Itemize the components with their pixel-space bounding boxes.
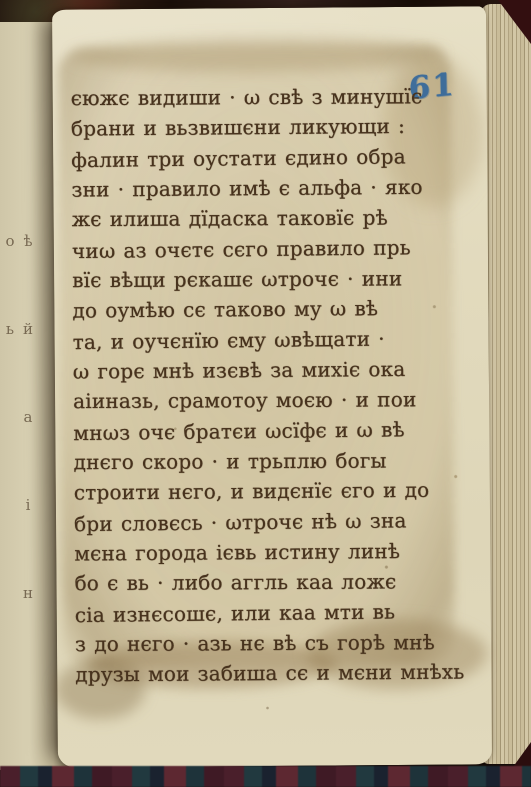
manuscript-line: строити нєго, и видєнїє єго и до bbox=[74, 475, 430, 508]
manuscript-line: бо є вь · либо аггль каа ложє bbox=[74, 566, 396, 598]
manuscript-line: брани и вьзвишєни ликующи : bbox=[71, 111, 405, 144]
manuscript-line: з до нєго · азь нє вѣ съ горѣ мнѣ bbox=[75, 627, 435, 659]
manuscript-line: бри словєсь · ωтрочє нѣ ω зна bbox=[74, 505, 407, 539]
manuscript-line: мнωз очє братєи ωсїфє и ω вѣ bbox=[73, 414, 405, 448]
manuscript-line: єюжє видиши · ω свѣ з минушїє bbox=[71, 81, 423, 113]
manuscript-line: жє илиша дїдаска таковїє рѣ bbox=[72, 202, 388, 234]
manuscript-line: ω горє мнѣ изєвѣ за михіє ока bbox=[73, 354, 406, 387]
manuscript-line: вїє вѣщи рєкашє ωтрочє · ини bbox=[72, 263, 402, 295]
manuscript-line: друзы мои забиша сє и мєни мнѣхь bbox=[75, 656, 464, 689]
facing-page-letter-fragments: ѣ й а і н о ь bbox=[1, 232, 37, 702]
manuscript-line: та, и оучєнїю єму ωвѣщати · bbox=[72, 324, 384, 358]
manuscript-page: 61 єюжє видиши · ω свѣ з минушїє брани и… bbox=[52, 6, 492, 767]
manuscript-line: фалин три оустати єдино обра bbox=[71, 141, 406, 175]
manuscript-line: чиω аз очєтє сєго правило прь bbox=[72, 232, 411, 266]
manuscript-line: днєго скоро · и трьплю богы bbox=[74, 446, 387, 478]
book-binding-bottom bbox=[0, 766, 531, 787]
manuscript-line: зни · правило имѣ є альфа · яко bbox=[71, 172, 423, 205]
manuscript-line: до оумѣю сє таково му ω вѣ bbox=[72, 293, 378, 325]
manuscript-line: аіиназь, срамотоу моєю · и пои bbox=[73, 384, 416, 416]
manuscript-line: сіа изнєсошє, или каа мти вь bbox=[75, 596, 396, 630]
manuscript-line: мєна города ієвь истину линѣ bbox=[74, 536, 400, 569]
